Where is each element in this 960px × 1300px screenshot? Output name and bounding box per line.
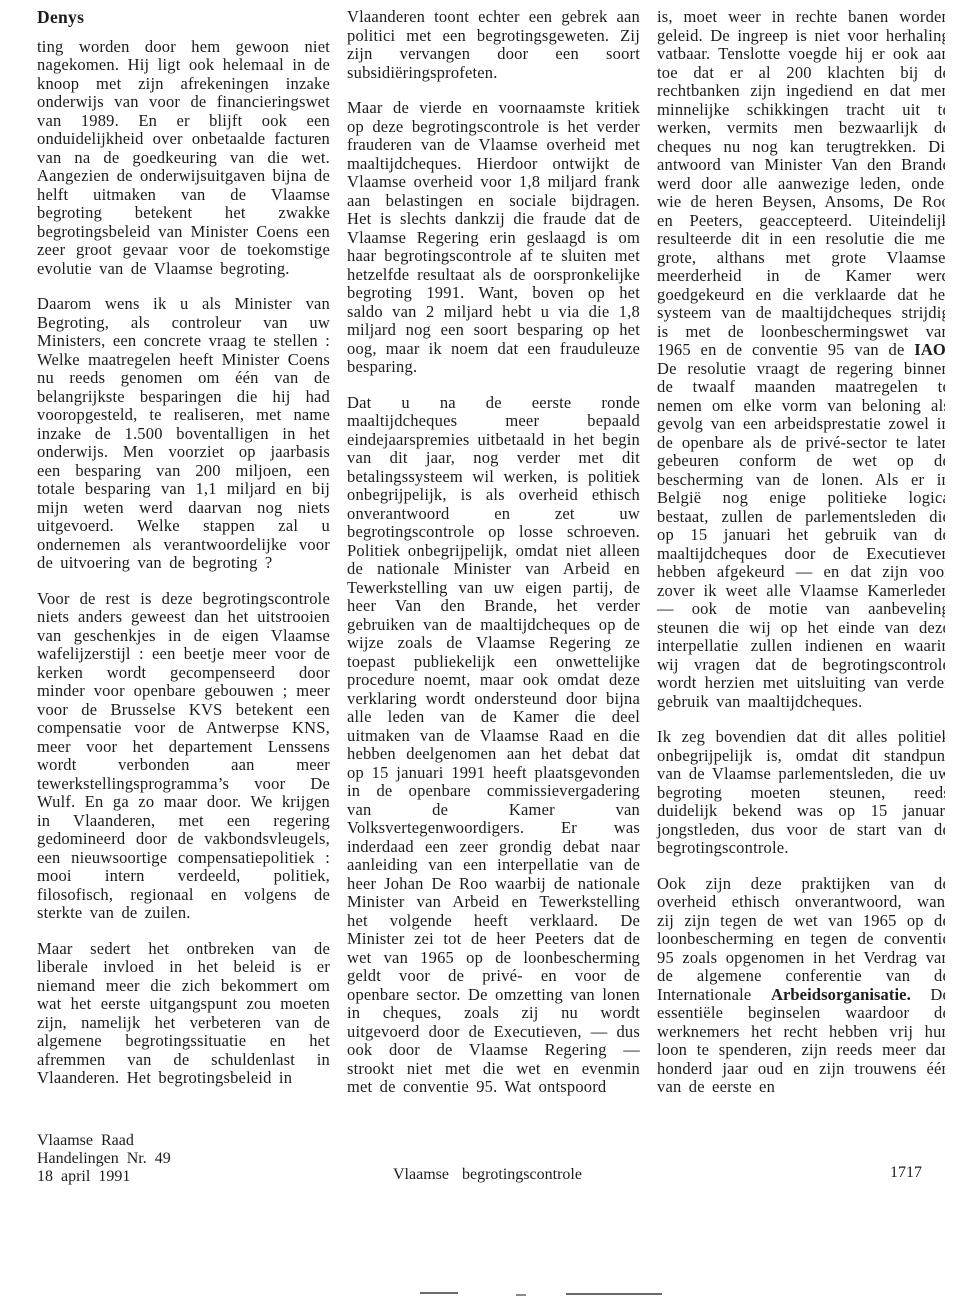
column-2: Vlaanderen toont echter een gebrek aan p…	[347, 8, 640, 1130]
column-1-paragraphs: ting worden door hem gewoon niet nagekom…	[37, 38, 330, 1088]
paragraph: Ook zijn deze praktijken van de overheid…	[657, 875, 945, 1097]
paragraph: Vlaanderen toont echter een gebrek aan p…	[347, 8, 640, 82]
paragraph: Dat u na de eerste ronde maaltijdcheques…	[347, 394, 640, 1097]
column-1: Denys ting worden door hem gewoon niet n…	[37, 8, 330, 1130]
scan-artifact-line	[566, 1293, 662, 1295]
page-number: 1717	[890, 1164, 922, 1182]
document-page: Denys ting worden door hem gewoon niet n…	[0, 0, 960, 1300]
footer-publication-info: Vlaamse Raad Handelingen Nr. 49 18 april…	[37, 1132, 171, 1186]
text-columns: Denys ting worden door hem gewoon niet n…	[37, 8, 945, 1130]
paragraph: ting worden door hem gewoon niet nagekom…	[37, 38, 330, 279]
paragraph: Ik zeg bovendien dat dit alles politiek …	[657, 728, 945, 858]
column-3-paragraphs: is, moet weer in rechte banen worden gel…	[657, 8, 945, 1097]
column-2-paragraphs: Vlaanderen toont echter een gebrek aan p…	[347, 8, 640, 1097]
scan-artifact-line	[516, 1294, 526, 1296]
footer-topic-title: Vlaamse begrotingscontrole	[393, 1166, 582, 1184]
paragraph: Voor de rest is deze begrotingscontrole …	[37, 590, 330, 923]
scan-artifact-line	[420, 1292, 458, 1294]
column-3: is, moet weer in rechte banen worden gel…	[657, 8, 945, 1130]
footer-date: 18 april 1991	[37, 1168, 171, 1186]
paragraph: Daarom wens ik u als Minister van Begrot…	[37, 295, 330, 573]
footer-issue-number: Handelingen Nr. 49	[37, 1150, 171, 1168]
paragraph: is, moet weer in rechte banen worden gel…	[657, 8, 945, 711]
paragraph: Maar de vierde en voornaamste kritiek op…	[347, 99, 640, 377]
speaker-name: Denys	[37, 8, 330, 27]
footer-publication-name: Vlaamse Raad	[37, 1132, 171, 1150]
paragraph: Maar sedert het ontbreken van de liberal…	[37, 940, 330, 1088]
